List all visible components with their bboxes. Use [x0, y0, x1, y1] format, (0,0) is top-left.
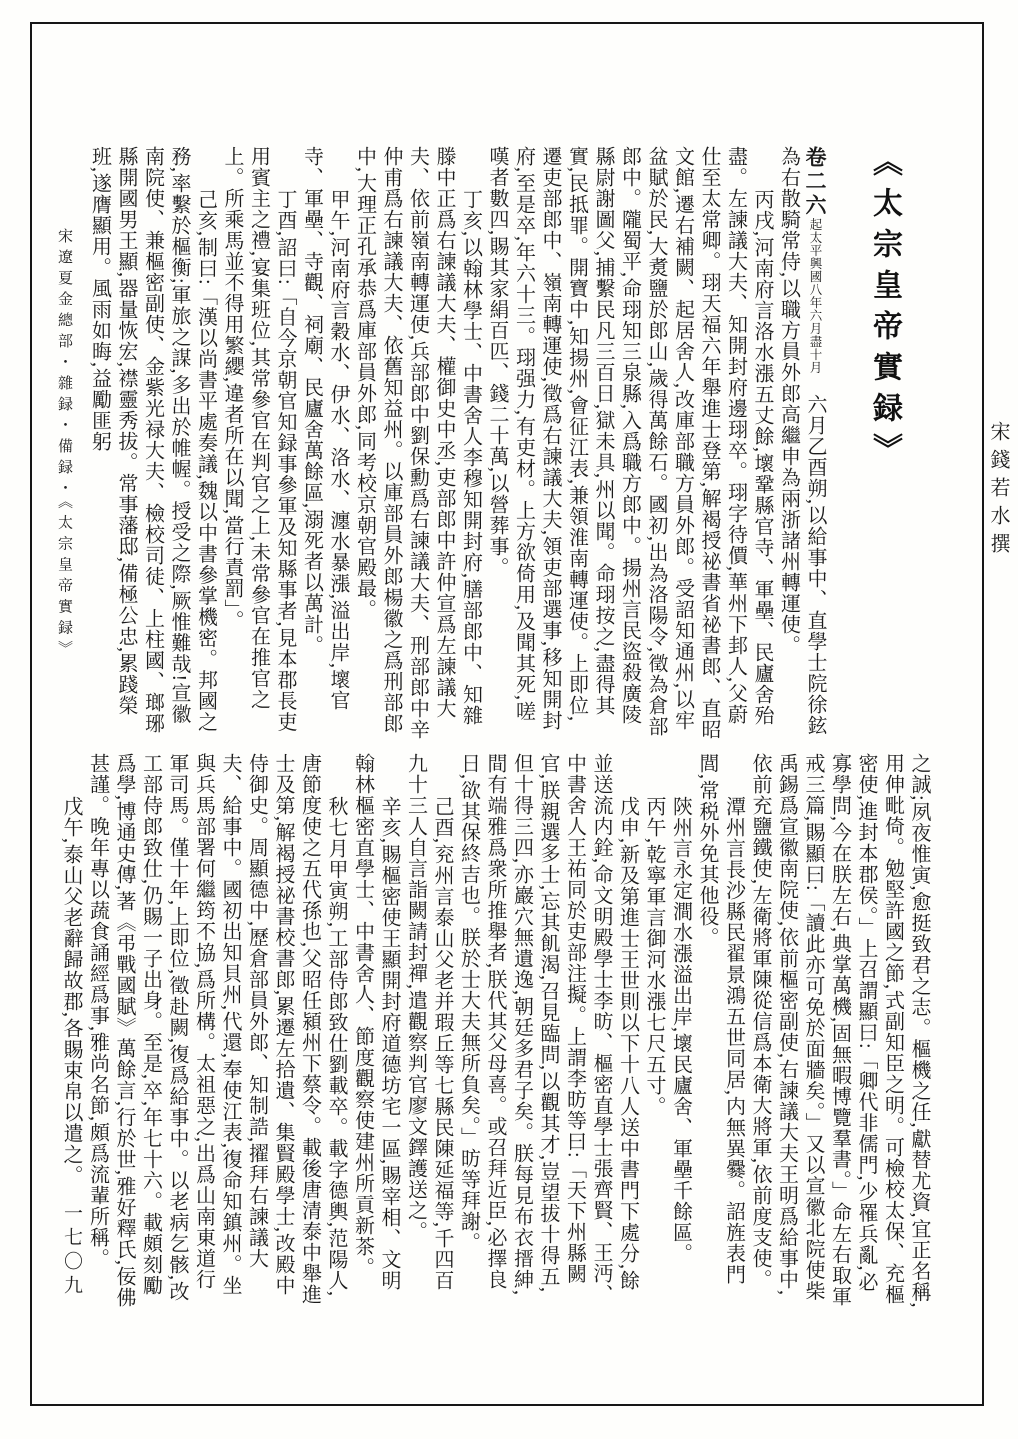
text-block-top: 卷二六起太平興國八年六月盡十月六月乙酉朔,以給事中、直學士院徐鉉為右散騎常侍,以… [86, 146, 828, 742]
page-number: 一七〇九 [58, 1203, 85, 1299]
entry-paragraph: 己亥,制曰:「漢以尚書平處奏議,魏以中書參掌機密。邦國之務,率繫於樞衡;軍旅之謀… [86, 146, 219, 742]
text-block-bottom: 之誠;夙夜惟寅,愈挺致君之志。樞機之任,獻替尤資,宜正名稱,用伸毗倚。勉堅許國之… [58, 753, 933, 1310]
author-column: 宋錢若水撰 [984, 421, 1013, 561]
book-page: 宋錢若水撰 《太宗皇帝實録》 卷二六起太平興國八年六月盡十月六月乙酉朔,以給事中… [0, 0, 1018, 1439]
entry-paragraph: 潭州言長沙縣民翟景鴻五世同居,内無異爨。詔旌表門閭,常税外免其他役。 [694, 753, 747, 1310]
entry-paragraph: 之誠;夙夜惟寅,愈挺致君之志。樞機之任,獻替尤資,宜正名稱,用伸毗倚。勉堅許國之… [747, 753, 933, 1310]
series-margin-label: 宋遼夏金總部・雜録・備録・《太宗皇帝實録》 [54, 228, 75, 662]
entry-paragraph: 戊申,新及第進士王世則以下十八人送中書門下處分,餘並送流内銓,命文明殿學士李昉、… [455, 753, 641, 1310]
book-title: 《太宗皇帝實録》 [862, 146, 906, 474]
entry-paragraph: 丙午,乾寧軍言御河水漲七尺五寸。 [641, 753, 668, 1310]
volume-number: 卷二六 [803, 146, 827, 218]
volume-heading-paragraph: 卷二六起太平興國八年六月盡十月六月乙酉朔,以給事中、直學士院徐鉉為右散騎常侍,以… [775, 146, 828, 742]
entry-paragraph: 辛亥,賜樞密使王顯開封府道德坊宅一區,賜宰相、文明翰林樞密直學士、中書舍人、節度… [349, 753, 402, 1310]
volume-note: 起太平興國八年六月盡十月 [808, 218, 822, 374]
entry-paragraph: 丁酉,詔曰:「自今京朝官知録事參軍及知縣事者,見本郡長吏用賓主之禮,宴集班位,其… [219, 146, 299, 742]
entry-paragraph: 甲午,河南府言穀水、伊水、洛水、瀍水暴漲,溢出岸,壞官寺、軍壘、寺觀、祠廟、民廬… [298, 146, 351, 742]
entry-paragraph: 丙戌,河南府言洛水漲五丈餘,壞鞏縣官寺、軍壘、民廬舍殆盡。左諫議大夫、知開封府邊… [484, 146, 776, 742]
entry-paragraph: 秋七月甲寅朔,工部侍郎致仕劉載卒。載字德輿,范陽人,唐節度使之五代孫也,父昭任潁… [84, 753, 349, 1310]
entry-paragraph: 陝州言永定澗水漲溢出岸,壞民廬舍、軍壘千餘區。 [667, 753, 694, 1310]
entry-paragraph: 己酉,兖州言泰山父老并瑕丘等七縣民陳延福等,千四百九十三人自言詣闕請封禪,遣觀察… [402, 753, 455, 1310]
entry-paragraph: 丁亥,以翰林學士、中書舍人李穆知開封府,膳部郎中、知雜滕中正爲右諫議大夫、權御史… [351, 146, 484, 742]
